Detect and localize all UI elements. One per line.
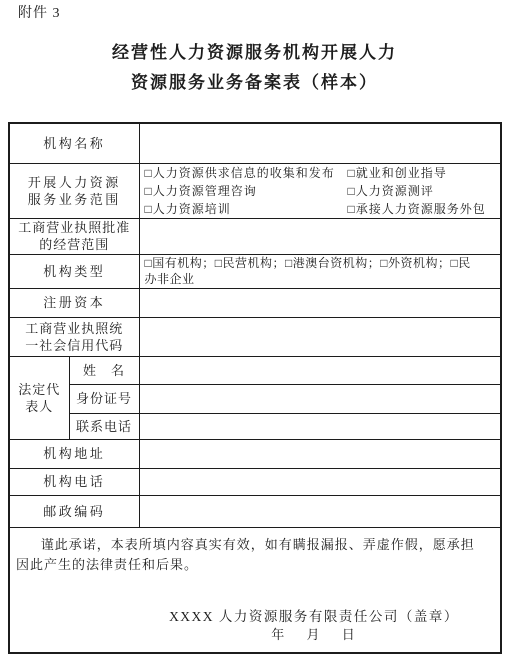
registered-capital-value-cell	[139, 288, 501, 317]
credit-code-label: 工商营业执照统 一社会信用代码	[9, 317, 139, 356]
legal-rep-label: 法定代 表人	[9, 356, 69, 439]
commitment-text: 谨此承诺，本表所填内容真实有效，如有瞒报漏报、弄虚作假，愿承担 因此产生的法律责…	[16, 535, 494, 575]
row-legal-rep-phone: 联系电话	[9, 413, 501, 439]
registration-form-table: 机构名称 开展人力资源 服务业务范围 □人力资源供求信息的收集和发布 □人力资源…	[8, 122, 502, 654]
row-credit-code: 工商营业执照统 一社会信用代码	[9, 317, 501, 356]
row-postal-code: 邮政编码	[9, 495, 501, 527]
checkbox-option: □承接人力资源服务外包	[348, 200, 497, 218]
org-address-value-cell	[139, 439, 501, 468]
row-commitment: 谨此承诺，本表所填内容真实有效，如有瞒报漏报、弄虚作假，愿承担 因此产生的法律责…	[9, 527, 501, 653]
form-title: 经营性人力资源服务机构开展人力 资源服务业务备案表（样本）	[0, 38, 509, 98]
business-scope-label: 开展人力资源 服务业务范围	[9, 163, 139, 218]
checkbox-option: □人力资源供求信息的收集和发布	[145, 164, 348, 182]
row-business-scope: 开展人力资源 服务业务范围 □人力资源供求信息的收集和发布 □人力资源管理咨询 …	[9, 163, 501, 218]
postal-code-label: 邮政编码	[9, 495, 139, 527]
checkbox-option: □人力资源培训	[145, 200, 348, 218]
postal-code-value-cell	[139, 495, 501, 527]
row-org-name: 机构名称	[9, 123, 501, 163]
credit-code-value-cell	[139, 317, 501, 356]
legal-rep-id-label: 身份证号	[69, 384, 139, 413]
row-legal-rep-name: 法定代 表人 姓 名	[9, 356, 501, 384]
legal-rep-id-value-cell	[139, 384, 501, 413]
document-page: 附件 3 经营性人力资源服务机构开展人力 资源服务业务备案表（样本） 机构名称 …	[0, 5, 509, 654]
checkbox-option: □人力资源管理咨询	[145, 182, 348, 200]
registered-capital-label: 注册资本	[9, 288, 139, 317]
org-type-options: □国有机构；□民营机构；□港澳台资机构；□外资机构；□民 办非企业	[139, 254, 501, 288]
row-org-type: 机构类型 □国有机构；□民营机构；□港澳台资机构；□外资机构；□民 办非企业	[9, 254, 501, 288]
business-scope-options: □人力资源供求信息的收集和发布 □人力资源管理咨询 □人力资源培训 □就业和创业…	[145, 164, 497, 218]
checkbox-option: □就业和创业指导	[348, 164, 497, 182]
row-org-phone: 机构电话	[9, 468, 501, 495]
legal-rep-phone-label: 联系电话	[69, 413, 139, 439]
legal-rep-name-value-cell	[139, 356, 501, 384]
org-name-label: 机构名称	[9, 123, 139, 163]
attachment-label: 附件 3	[18, 5, 509, 23]
org-phone-label: 机构电话	[9, 468, 139, 495]
org-address-label: 机构地址	[9, 439, 139, 468]
row-legal-rep-id: 身份证号	[9, 384, 501, 413]
row-license-scope: 工商营业执照批准 的经营范围	[9, 218, 501, 254]
org-name-value-cell	[139, 123, 501, 163]
signature-block: XXXX 人力资源服务有限责任公司（盖章） 年 月 日	[16, 608, 494, 643]
signature-date: 年 月 日	[134, 626, 494, 643]
checkbox-option: □人力资源测评	[348, 182, 497, 200]
commitment-cell: 谨此承诺，本表所填内容真实有效，如有瞒报漏报、弄虚作假，愿承担 因此产生的法律责…	[9, 527, 501, 653]
org-type-label: 机构类型	[9, 254, 139, 288]
license-scope-value-cell	[139, 218, 501, 254]
legal-rep-name-label: 姓 名	[69, 356, 139, 384]
license-scope-label: 工商营业执照批准 的经营范围	[9, 218, 139, 254]
org-phone-value-cell	[139, 468, 501, 495]
business-scope-value-cell: □人力资源供求信息的收集和发布 □人力资源管理咨询 □人力资源培训 □就业和创业…	[139, 163, 501, 218]
signature-company: XXXX 人力资源服务有限责任公司（盖章）	[134, 608, 494, 626]
row-org-address: 机构地址	[9, 439, 501, 468]
row-registered-capital: 注册资本	[9, 288, 501, 317]
legal-rep-phone-value-cell	[139, 413, 501, 439]
